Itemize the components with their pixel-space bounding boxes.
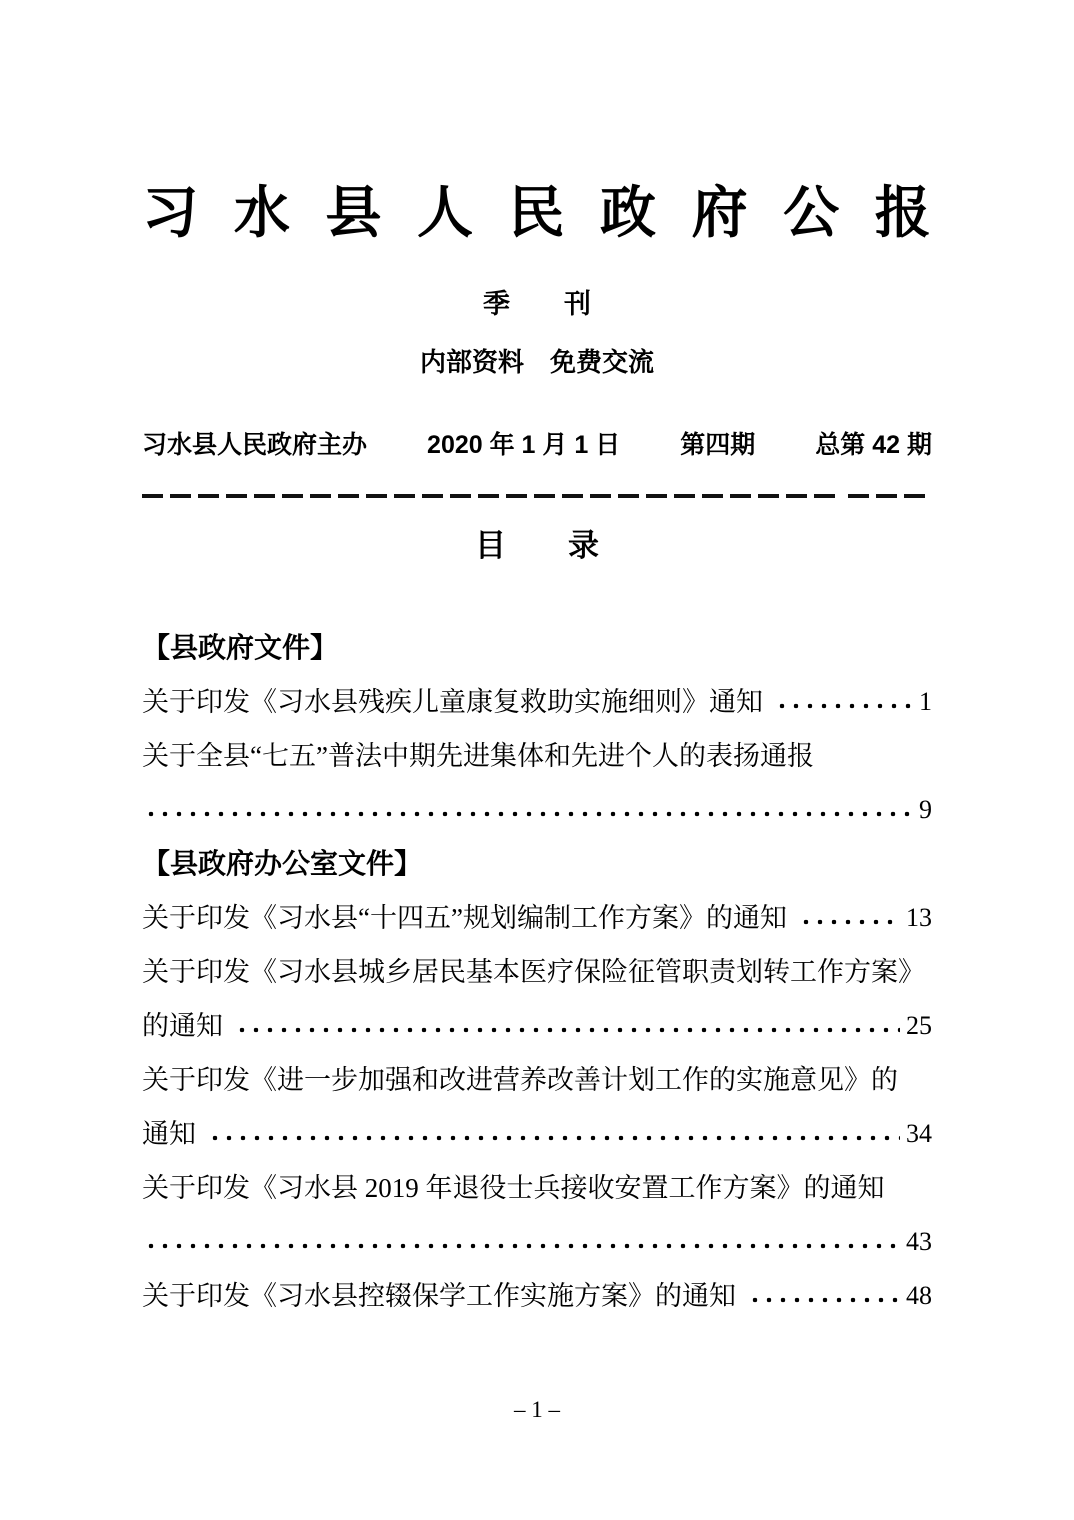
toc-page-number: 9 [919,797,932,823]
toc-entry-title: 关于印发《习水县“十四五”规划编制工作方案》的通知 [142,905,787,932]
toc-entry-title: 的通知 [142,1013,223,1040]
toc-page-number: 25 [906,1013,932,1039]
dot-leader [799,891,900,945]
dashed-divider [142,494,932,498]
toc-entry-title: 关于印发《习水县城乡居民基本医疗保险征管职责划转工作方案》 [142,959,925,986]
dot-leader [208,1107,900,1161]
toc-entry-continuation: 43 [142,1215,932,1269]
issue-number: 第四期 [680,430,755,461]
toc-entry-continuation: 的通知 25 [142,999,932,1053]
toc-title: 目 录 [142,529,932,563]
table-of-contents: 【县政府文件】 关于印发《习水县残疾儿童康复救助实施细则》通知 1 关于全县“七… [142,621,932,1323]
dot-leader [748,1269,900,1323]
dot-leader [235,999,900,1053]
toc-entry: 关于全县“七五”普法中期先进集体和先进个人的表扬通报 [142,729,932,783]
page-number: – 1 – [0,1396,1074,1424]
toc-entry-title: 关于印发《习水县 2019 年退役士兵接收安置工作方案》的通知 [142,1175,885,1202]
toc-page-number: 43 [906,1229,932,1255]
toc-entry-continuation: 通知 34 [142,1107,932,1161]
periodicity-label: 季 刊 [142,291,932,318]
toc-entry: 关于印发《习水县 2019 年退役士兵接收安置工作方案》的通知 [142,1161,932,1215]
toc-entry: 关于印发《习水县控辍保学工作实施方案》的通知 48 [142,1269,932,1323]
publish-date: 2020 年 1 月 1 日 [427,430,620,461]
toc-entry-title: 关于全县“七五”普法中期先进集体和先进个人的表扬通报 [142,743,814,770]
toc-entry-title: 关于印发《习水县残疾儿童康复救助实施细则》通知 [142,689,763,716]
publisher-name: 习水县人民政府主办 [142,430,367,461]
circulation-notice: 内部资料 免费交流 [142,349,932,375]
dashed-divider-segment [848,494,932,498]
toc-page-number: 13 [906,905,932,931]
toc-section-header: 【县政府办公室文件】 [142,837,932,891]
toc-page-number: 48 [906,1283,932,1309]
toc-entry: 关于印发《进一步加强和改进营养改善计划工作的实施意见》的 [142,1053,932,1107]
publisher-line: 习水县人民政府主办 2020 年 1 月 1 日 第四期 总第 42 期 [142,430,932,461]
toc-entry-title: 关于印发《进一步加强和改进营养改善计划工作的实施意见》的 [142,1067,898,1094]
toc-entry: 关于印发《习水县残疾儿童康复救助实施细则》通知 1 [142,675,932,729]
toc-entry: 关于印发《习水县“十四五”规划编制工作方案》的通知 13 [142,891,932,945]
gazette-document-page: 习 水 县 人 民 政 府 公 报 季 刊 内部资料 免费交流 习水县人民政府主… [0,0,1074,1520]
dot-leader [144,1215,900,1269]
toc-page-number: 34 [906,1121,932,1147]
cumulative-issue-number: 总第 42 期 [815,430,932,461]
toc-entry: 关于印发《习水县城乡居民基本医疗保险征管职责划转工作方案》 [142,945,932,999]
toc-entry-title: 通知 [142,1121,196,1148]
toc-page-number: 1 [919,689,932,715]
toc-entry-title: 关于印发《习水县控辍保学工作实施方案》的通知 [142,1283,736,1310]
gazette-title: 习 水 县 人 民 政 府 公 报 [142,184,932,243]
dashed-divider-segment [142,494,835,498]
dot-leader [775,675,913,729]
dot-leader [144,783,913,837]
toc-section-header: 【县政府文件】 [142,621,932,675]
toc-entry-continuation: 9 [142,783,932,837]
